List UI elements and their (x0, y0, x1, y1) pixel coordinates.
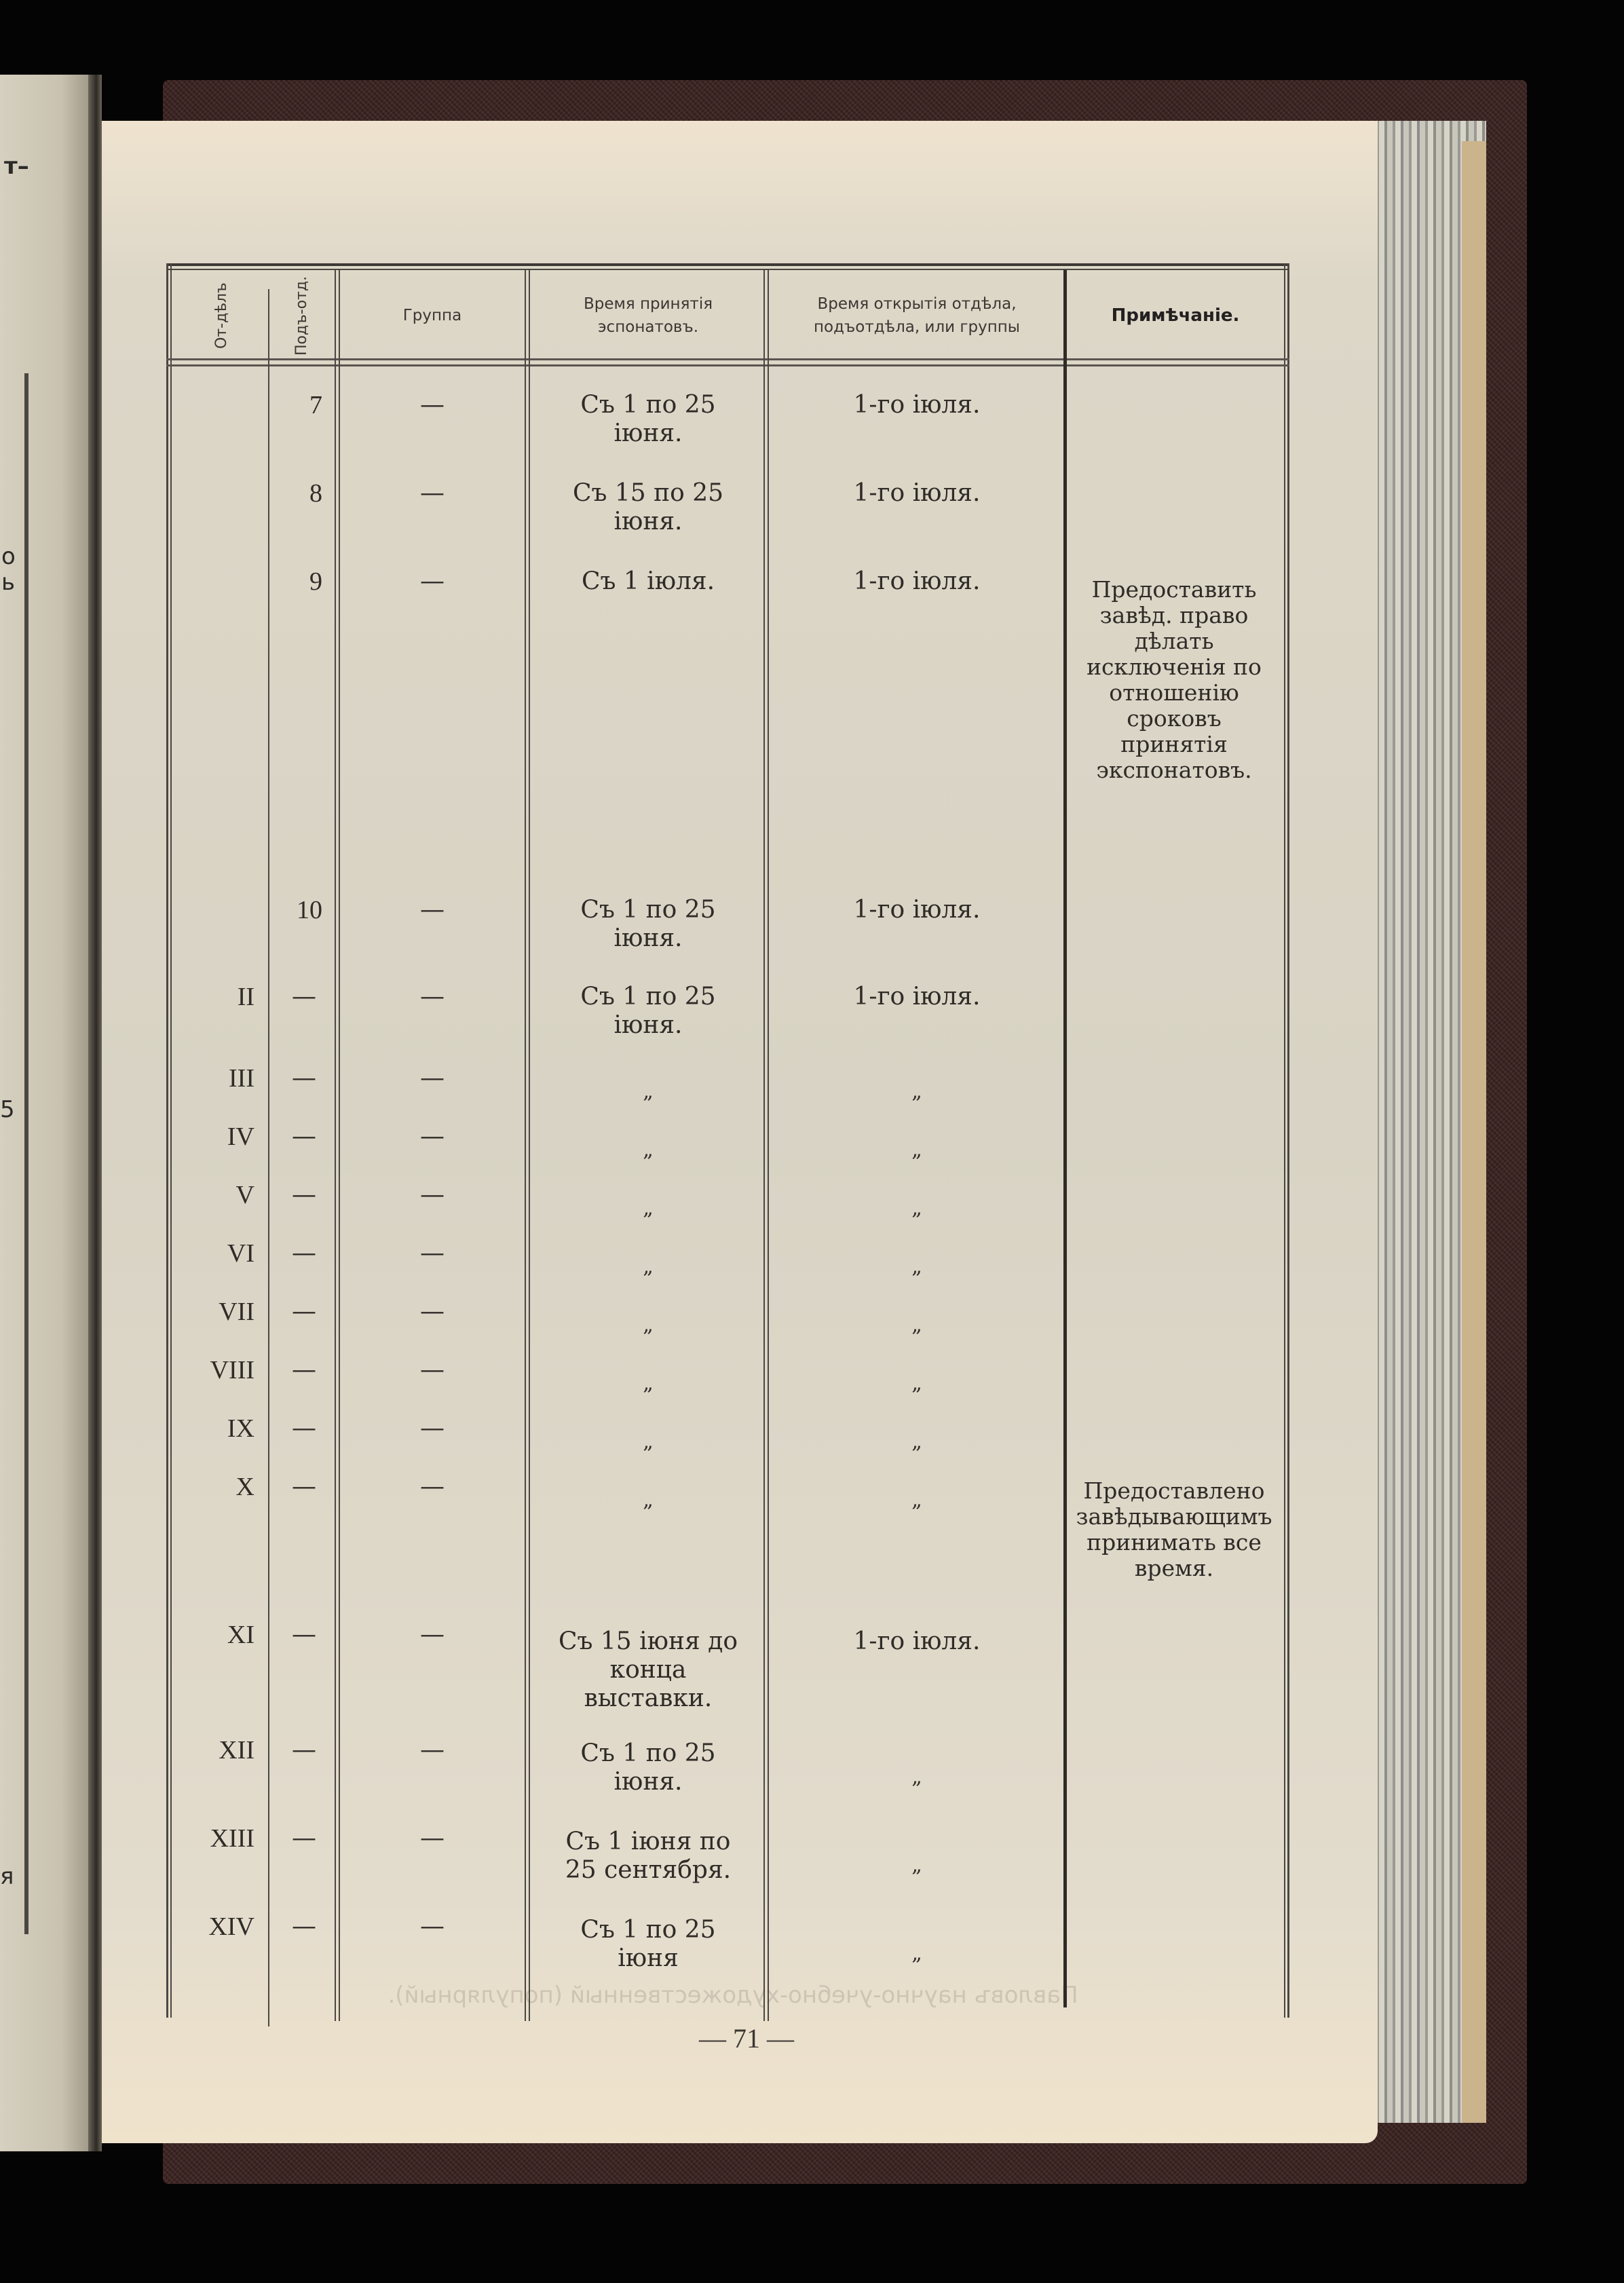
left-page-fragment: о (1, 543, 16, 570)
cell-otkrytie: „ (770, 1253, 1063, 1281)
cell-podotdel: — (273, 1736, 335, 1765)
cell-podotdel: — (273, 1824, 335, 1853)
cell-podotdel: — (273, 1414, 335, 1443)
cell-otkrytie: „ (770, 1311, 1063, 1340)
table-left-border (166, 263, 172, 2018)
cell-prinyatie: Съ 1 іюня по 25 сентября. (546, 1828, 750, 1885)
cell-gruppa: — (340, 896, 525, 924)
cell-prinyatie: Съ 15 іюня до конца выставки. (546, 1627, 750, 1713)
note-cell: Предоставить завѣд. право дѣлать исключе… (1072, 577, 1276, 783)
cell-prinyatie: „ (546, 1194, 750, 1223)
cell-otdel: V (180, 1181, 254, 1209)
cell-otkrytie: „ (770, 1486, 1063, 1515)
cell-otdel: VIII (180, 1356, 254, 1384)
header-otdel: От-дѣлъ (176, 273, 268, 358)
cell-prinyatie: Съ 1 по 25 іюня (546, 1916, 750, 1973)
cell-prinyatie: Съ 1 по 25 іюня. (546, 1739, 750, 1796)
cell-otkrytie: 1-го іюля. (770, 896, 1063, 924)
cell-otkrytie: 1-го іюля. (770, 1627, 1063, 1656)
cell-podotdel: — (273, 1064, 335, 1093)
cell-prinyatie: „ (546, 1136, 750, 1165)
cell-prinyatie: „ (546, 1428, 750, 1456)
column-divider (1063, 270, 1067, 2007)
cell-otkrytie: „ (770, 1136, 1063, 1165)
cell-otdel: VI (180, 1239, 254, 1268)
cell-gruppa: — (340, 1736, 525, 1765)
column-divider (763, 270, 769, 2021)
cell-otkrytie: „ (770, 1078, 1063, 1106)
cell-gruppa: — (340, 983, 525, 1011)
left-page-fragment: т– (4, 153, 29, 180)
cell-otkrytie: „ (770, 1194, 1063, 1223)
left-page-fragment: я (0, 1863, 14, 1890)
book-gutter (88, 75, 102, 2151)
cell-otdel: IV (180, 1122, 254, 1151)
cell-otdel: IX (180, 1414, 254, 1443)
column-divider (268, 289, 269, 2026)
cell-otkrytie: 1-го іюля. (770, 479, 1063, 508)
cell-gruppa: — (340, 1621, 525, 1649)
left-page-table-border (24, 373, 29, 1934)
cell-podotdel: — (273, 1356, 335, 1384)
table-right-border (1284, 263, 1289, 2018)
cell-otkrytie: „ (770, 1763, 1063, 1792)
cell-otdel: II (180, 983, 254, 1011)
left-page-fragment: 5 (0, 1096, 15, 1123)
header-vremya-prinyatiya: Время принятія эспонатовъ. (533, 273, 763, 358)
schedule-table: От-дѣлъ Подъ-отд. Группа Время принятія … (166, 263, 1289, 2018)
cell-podotdel: — (273, 1298, 335, 1326)
cell-otkrytie: 1-го іюля. (770, 567, 1063, 596)
left-page-edge: т– о ь 5 я (0, 75, 102, 2151)
header-primechanie: Примѣчаніе. (1068, 273, 1283, 358)
cell-prinyatie: Съ 1 по 25 іюня. (546, 896, 750, 953)
cell-prinyatie: „ (546, 1078, 750, 1106)
cell-gruppa: — (340, 1064, 525, 1093)
cell-otdel: XIV (180, 1912, 254, 1941)
cell-otdel: XI (180, 1621, 254, 1649)
cell-otkrytie: 1-го іюля. (770, 983, 1063, 1011)
cell-otdel: XIII (180, 1824, 254, 1853)
cell-podotdel: 7 (275, 391, 322, 419)
cell-gruppa: — (340, 1122, 525, 1151)
cell-podotdel: — (273, 983, 335, 1011)
cell-prinyatie: „ (546, 1253, 750, 1281)
cell-gruppa: — (340, 1239, 525, 1268)
cell-podotdel: 10 (268, 896, 322, 924)
cell-gruppa: — (340, 1356, 525, 1384)
cell-prinyatie: Съ 1 по 25 іюня. (546, 391, 750, 448)
note-cell: Предоставлено завѣдывающимъ принимать вс… (1072, 1478, 1276, 1581)
cell-otkrytie: „ (770, 1851, 1063, 1880)
cell-otdel: III (180, 1064, 254, 1093)
cell-gruppa: — (340, 1473, 525, 1501)
page-number: — 71 — (645, 2022, 848, 2054)
cell-otkrytie: 1-го іюля. (770, 391, 1063, 419)
cell-gruppa: — (340, 1912, 525, 1941)
cell-gruppa: — (340, 479, 525, 508)
column-divider (335, 270, 340, 2021)
cell-otkrytie: „ (770, 1370, 1063, 1398)
header-podotdel: Подъ-отд. (269, 273, 335, 358)
cell-otdel: VII (180, 1298, 254, 1326)
cell-otkrytie: „ (770, 1428, 1063, 1456)
cell-podotdel: — (273, 1621, 335, 1649)
cell-prinyatie: Съ 1 іюля. (546, 567, 750, 596)
cell-gruppa: — (340, 1181, 525, 1209)
cell-podotdel: 8 (275, 479, 322, 508)
cell-gruppa: — (340, 1298, 525, 1326)
left-page-fragment: ь (1, 569, 15, 596)
table-top-border (166, 263, 1289, 270)
cell-podotdel: — (273, 1181, 335, 1209)
cell-otkrytie: „ (770, 1940, 1063, 1968)
cell-podotdel: — (273, 1239, 335, 1268)
cell-podotdel: — (273, 1122, 335, 1151)
cell-prinyatie: „ (546, 1486, 750, 1515)
cell-podotdel: — (273, 1912, 335, 1941)
cell-gruppa: — (340, 1414, 525, 1443)
cell-gruppa: — (340, 391, 525, 419)
cell-otdel: X (180, 1473, 254, 1501)
header-vremya-otkrytiya: Время открытія отдѣла, подъотдѣла, или г… (770, 273, 1063, 358)
cell-gruppa: — (340, 1824, 525, 1853)
cell-prinyatie: „ (546, 1311, 750, 1340)
header-gruppa: Группа (340, 273, 525, 358)
cell-otdel: XII (180, 1736, 254, 1765)
column-divider (525, 270, 530, 2021)
cell-prinyatie: Съ 15 по 25 іюня. (546, 479, 750, 536)
cell-prinyatie: „ (546, 1370, 750, 1398)
cell-prinyatie: Съ 1 по 25 іюня. (546, 983, 750, 1040)
cell-podotdel: — (273, 1473, 335, 1501)
cell-gruppa: — (340, 567, 525, 596)
page-stack-edge (1371, 121, 1486, 2123)
cell-podotdel: 9 (275, 567, 322, 596)
